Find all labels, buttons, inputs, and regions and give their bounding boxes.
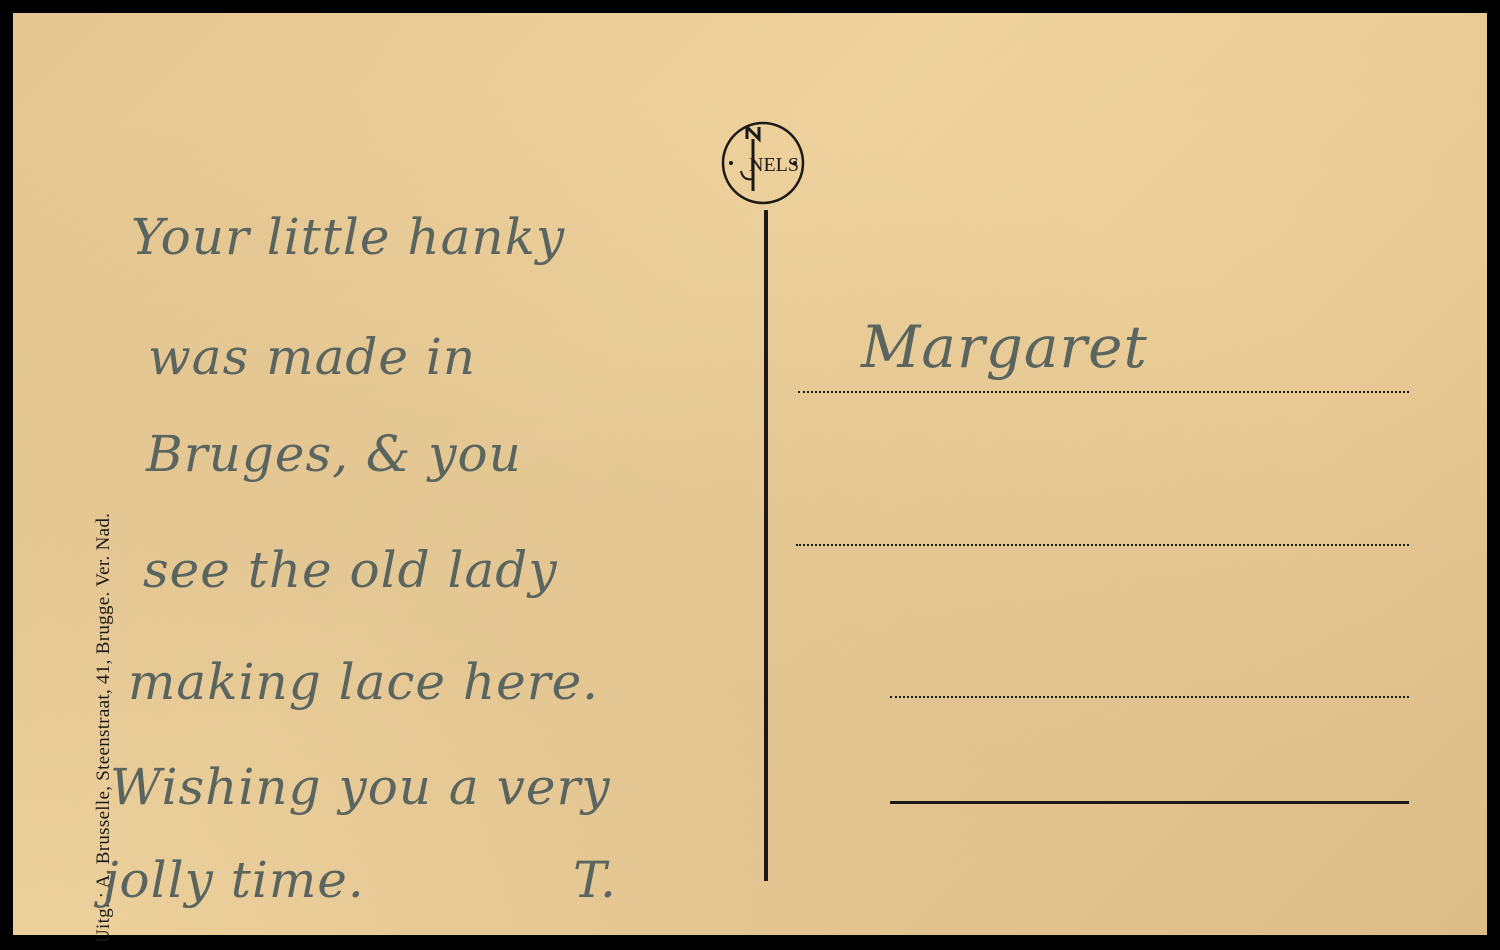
message-line-1: Your little hanky	[131, 208, 565, 266]
message-line-5: making lace here.	[128, 653, 599, 711]
message-line-6: Wishing you a very	[110, 758, 611, 816]
address-line-2	[796, 544, 1409, 546]
message-line-2: was made in	[148, 328, 476, 386]
vertical-divider	[764, 210, 768, 881]
recipient-name: Margaret	[861, 313, 1148, 381]
message-line-3: Bruges, & you	[146, 425, 522, 483]
address-line-3	[890, 696, 1409, 698]
message-line-4: see the old lady	[143, 541, 558, 599]
message-line-7: jolly time.	[103, 851, 365, 909]
svg-text:NELS: NELS	[749, 154, 799, 176]
nels-monogram-logo-icon: NELS	[719, 119, 807, 207]
address-line-4	[890, 801, 1409, 804]
signature: T.	[573, 851, 617, 909]
address-line-1	[798, 391, 1409, 393]
postcard-back: Uitg. : A. Brusselle, Steenstraat, 41, B…	[13, 13, 1487, 935]
